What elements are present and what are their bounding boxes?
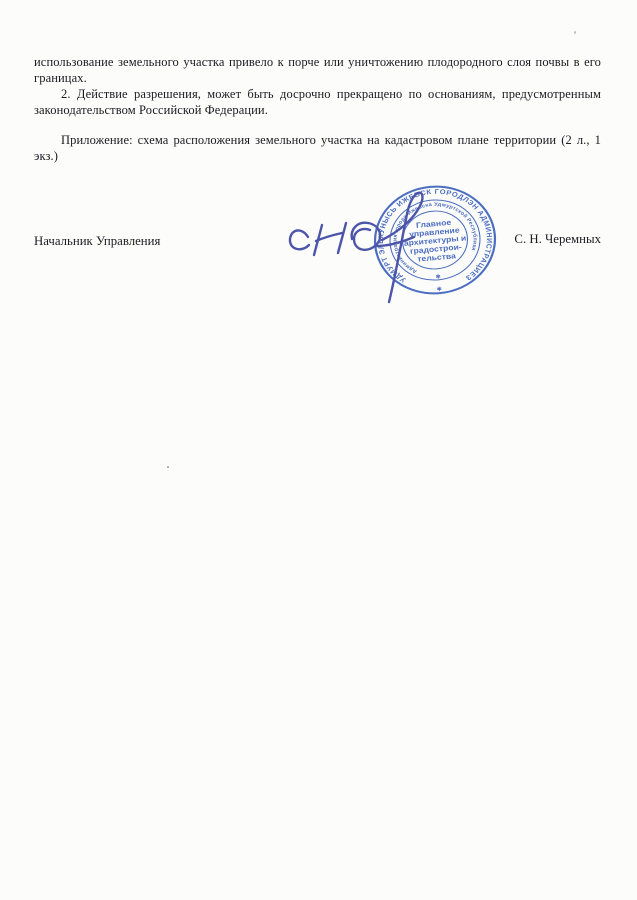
signature-stroke-c bbox=[290, 230, 309, 249]
scan-speck bbox=[167, 466, 169, 468]
scanned-document-page: использование земельного участка привело… bbox=[0, 0, 637, 900]
handwritten-signature bbox=[286, 180, 458, 306]
signature-stroke-h-right bbox=[338, 223, 346, 253]
paragraph-continuation: использование земельного участка привело… bbox=[34, 54, 601, 86]
signer-position-label: Начальник Управления bbox=[34, 234, 160, 249]
paragraph-clause-2: 2. Действие разрешения, может быть досро… bbox=[34, 86, 601, 118]
signer-name: С. Н. Черемных bbox=[514, 232, 601, 247]
signature-stroke-tail bbox=[376, 237, 414, 246]
signature-scribble bbox=[286, 180, 458, 306]
document-body: использование земельного участка привело… bbox=[34, 54, 601, 164]
signature-stroke-flourish bbox=[382, 193, 422, 302]
scan-speck bbox=[574, 31, 576, 34]
paragraph-attachment: Приложение: схема расположения земельног… bbox=[34, 132, 601, 164]
